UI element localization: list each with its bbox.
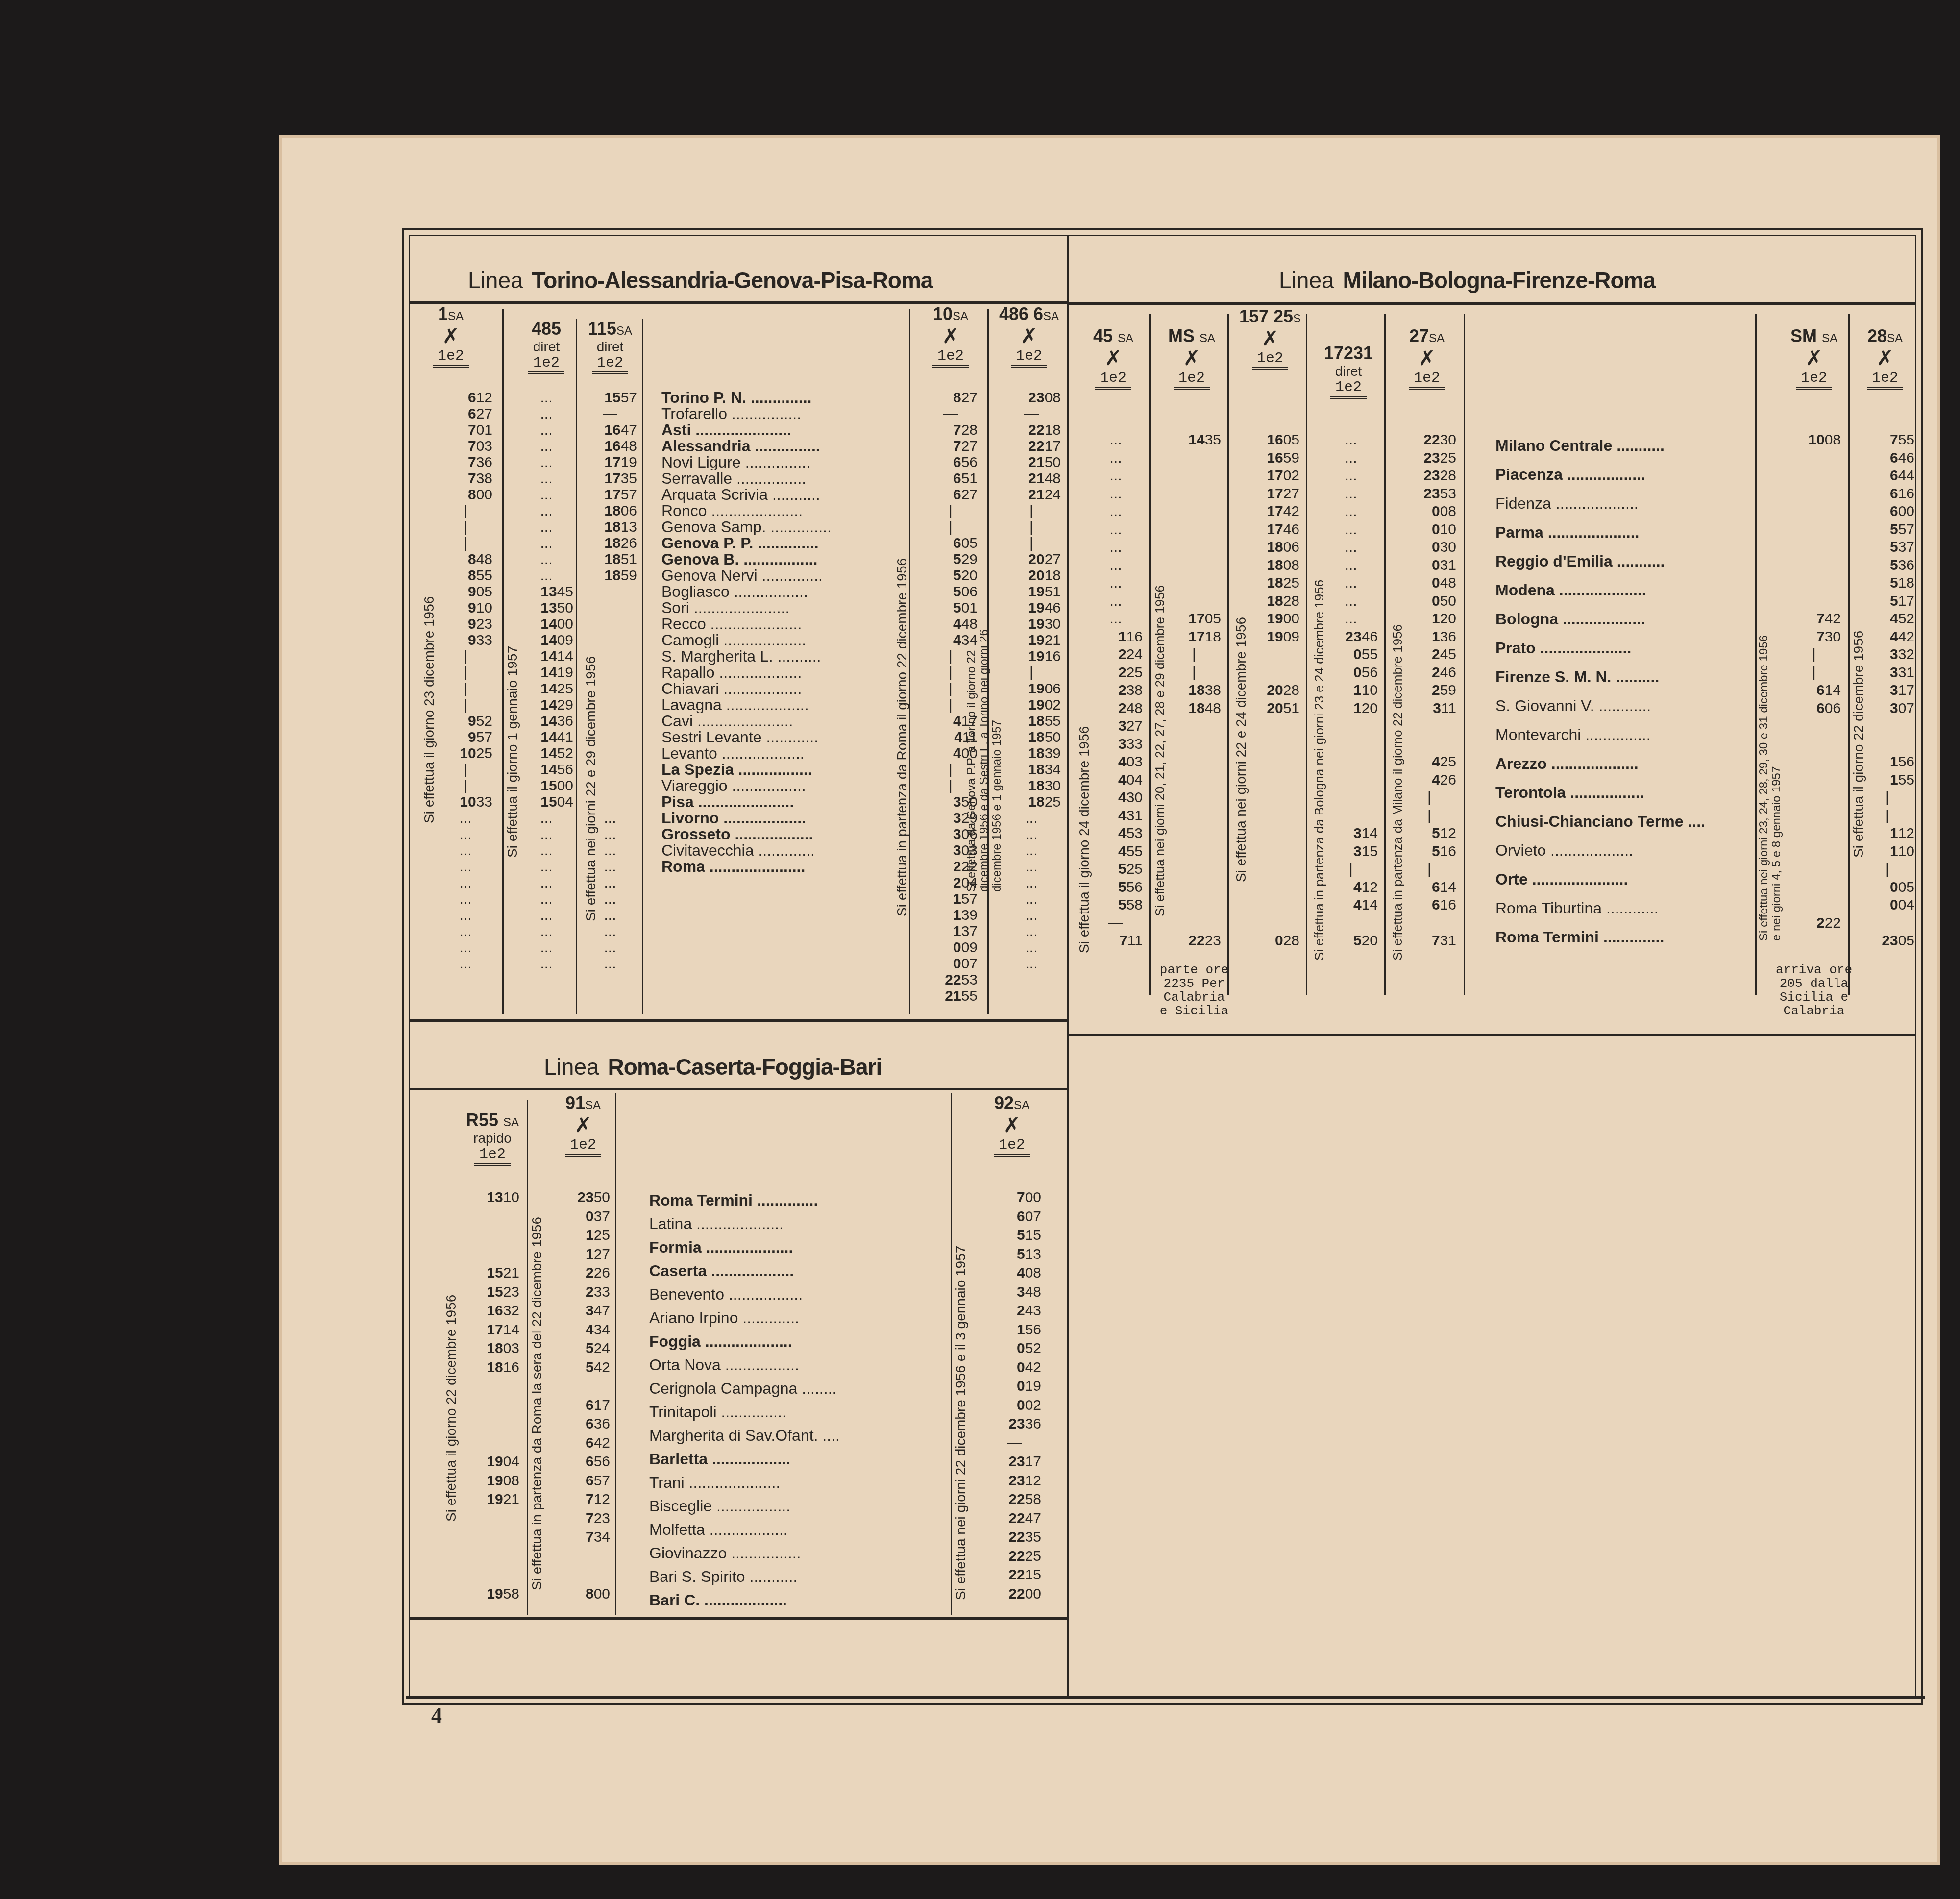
time-cell: ... [1324, 610, 1378, 628]
station-row: Genova P. P. .............. [661, 535, 857, 551]
time-cell [1167, 825, 1221, 843]
time-cell: 1850 [1002, 729, 1061, 745]
time-cell: 2258 [987, 1490, 1041, 1509]
train-class: 1e2 [994, 1137, 1030, 1157]
time-cell: 1916 [1002, 648, 1061, 665]
times-column: 1435 17051718||18381848 2223 [1167, 431, 1221, 950]
time-cell: 2325 [1402, 449, 1456, 468]
train-header: 115SA diret 1e2 [578, 319, 642, 374]
sleeping-car-icon: ✗ [1780, 346, 1848, 370]
service-note: Si effettua il giorno 22 dicembre 1956 [1851, 631, 1866, 858]
train-header: 157 25S ✗ 1e2 [1236, 306, 1304, 370]
time-cell: 1345 [519, 584, 573, 600]
time-cell: 414 [1324, 896, 1378, 914]
station-row: Barletta .................. [649, 1447, 924, 1471]
time-cell: 1719 [583, 454, 637, 470]
time-cell: 1904 [465, 1453, 519, 1472]
time-cell [1787, 861, 1841, 879]
station-row: Giovinazzo ................ [649, 1541, 924, 1565]
time-cell: 1859 [583, 567, 637, 584]
time-cell: ... [439, 842, 492, 859]
time-cell: 259 [1402, 682, 1456, 700]
time-cell: | [1167, 664, 1221, 682]
station-row: Cerignola Campagna ........ [649, 1377, 924, 1400]
roma-bari-timetable: R55 SA rapido 1e2 91SA ✗ 1e2 92SA ✗ 1e2 … [409, 1090, 1067, 1629]
time-cell: 515 [987, 1226, 1041, 1245]
time-cell: 1414 [519, 648, 573, 665]
sleeping-car-icon: ✗ [992, 324, 1066, 348]
train-class: 1e2 [932, 348, 969, 368]
station-row: Fidenza ................... [1495, 489, 1740, 518]
station-row: Levanto ................... [661, 745, 857, 762]
service-note: Si effettua nei giorni 22 e 29 dicembre … [583, 656, 599, 921]
time-cell: 2217 [1002, 438, 1061, 454]
train-class: 1e2 [1011, 348, 1047, 368]
time-cell [1167, 879, 1221, 897]
service-note: Si effettua in partenza da Roma il giorn… [894, 558, 910, 916]
time-cell: ... [439, 891, 492, 907]
title-name: Roma-Caserta-Foggia-Bari [608, 1054, 882, 1080]
time-cell: 656 [924, 454, 978, 470]
time-cell [1787, 771, 1841, 789]
station-row: Camogli ................... [661, 632, 857, 648]
time-cell: ... [1002, 891, 1061, 907]
time-cell: 1757 [583, 487, 637, 503]
time-cell [1324, 807, 1378, 825]
time-cell: | [1002, 535, 1061, 551]
time-cell: 711 [1089, 932, 1143, 950]
time-cell [465, 1509, 519, 1529]
time-cell: 542 [556, 1358, 610, 1378]
time-cell: ... [519, 470, 573, 487]
train-number: 17231 [1314, 343, 1383, 364]
time-cell: 651 [924, 470, 978, 487]
time-cell: 730 [1787, 628, 1841, 646]
time-cell [1246, 771, 1299, 789]
time-cell: — [1089, 914, 1143, 933]
time-cell: 156 [987, 1321, 1041, 1340]
time-cell: 048 [1402, 574, 1456, 592]
time-cell: 1429 [519, 697, 573, 713]
time-cell: | [439, 697, 492, 713]
time-cell: 1908 [465, 1472, 519, 1491]
time-cell: 1909 [1246, 628, 1299, 646]
service-note: Si effettua nei giorni 23, 24, 28, 29, 3… [1758, 627, 1783, 941]
station-row: Milano Centrale ........... [1495, 431, 1740, 460]
time-cell: 1930 [1002, 616, 1061, 632]
service-note: Si effettua nei giorni 20, 21, 22, 27, 2… [1152, 585, 1168, 916]
time-cell: 1735 [583, 470, 637, 487]
time-cell: ... [439, 907, 492, 923]
time-cell: 1946 [1002, 600, 1061, 616]
time-cell: 155 [1861, 771, 1914, 789]
station-row: S. Margherita L. .......... [661, 648, 857, 665]
time-cell: 005 [1861, 879, 1914, 897]
time-cell: 529 [924, 551, 978, 567]
station-row: Recco ..................... [661, 616, 857, 632]
time-cell: ... [519, 875, 573, 891]
time-cell: 1425 [519, 681, 573, 697]
time-cell [465, 1415, 519, 1434]
time-cell [583, 616, 637, 632]
station-row: Latina .................... [649, 1212, 924, 1235]
station-list: Milano Centrale ...........Piacenza ....… [1495, 431, 1740, 952]
time-cell: ... [519, 422, 573, 438]
time-cell: 1409 [519, 632, 573, 648]
time-cell: | [1002, 519, 1061, 535]
station-row: Bari C. ................... [649, 1588, 924, 1612]
train-header: 27SA ✗ 1e2 [1393, 326, 1461, 390]
time-cell: 1441 [519, 729, 573, 745]
time-cell [1787, 843, 1841, 861]
time-cell: 1419 [519, 665, 573, 681]
train-class: 1e2 [1252, 350, 1288, 370]
train-class: 1e2 [1867, 370, 1903, 390]
time-cell: 2200 [987, 1585, 1041, 1604]
time-cell [1787, 592, 1841, 611]
time-cell: | [1787, 664, 1841, 682]
station-row: Novi Ligure ............... [661, 454, 857, 470]
time-cell: 008 [1402, 503, 1456, 521]
time-cell: | [439, 681, 492, 697]
station-list: Roma Termini ..............Latina ......… [649, 1188, 924, 1612]
times-column: ....................................1345… [519, 390, 573, 972]
footer-rule [406, 1696, 1925, 1699]
station-row: Pisa ...................... [661, 794, 857, 810]
time-cell: ... [519, 810, 573, 826]
time-cell [1246, 753, 1299, 771]
station-row: Roma Termini .............. [1495, 923, 1740, 952]
time-cell: 1632 [465, 1302, 519, 1321]
time-cell [583, 632, 637, 648]
time-cell [1167, 449, 1221, 468]
train-header: 486 6SA ✗ 1e2 [992, 304, 1066, 368]
time-cell: 520 [1324, 932, 1378, 950]
time-cell [1787, 574, 1841, 592]
time-cell [465, 1208, 519, 1227]
time-cell: ... [519, 438, 573, 454]
time-cell: ... [1324, 467, 1378, 485]
time-cell: 031 [1402, 557, 1456, 575]
time-cell: ... [1002, 842, 1061, 859]
time-cell: 518 [1861, 574, 1914, 592]
time-cell: ... [439, 939, 492, 956]
time-cell: 404 [1089, 771, 1143, 789]
time-cell [465, 1528, 519, 1547]
title-lead: Linea [468, 268, 523, 293]
service-note: Si effettua nei giorni 22 e 24 dicembre … [1233, 617, 1249, 882]
time-cell: 452 [1861, 610, 1914, 628]
time-cell: 2253 [924, 972, 978, 988]
time-cell: ... [1002, 826, 1061, 842]
service-note: Si effettua il giorno 23 dicembre 1956 [421, 596, 437, 823]
time-cell: 1902 [1002, 697, 1061, 713]
train-number: MS SA [1157, 326, 1226, 346]
time-cell: 1848 [1167, 700, 1221, 718]
time-cell: 905 [439, 584, 492, 600]
time-cell: 827 [924, 390, 978, 406]
time-cell: 616 [1402, 896, 1456, 914]
time-cell: 536 [1861, 557, 1914, 575]
time-cell: ... [439, 859, 492, 875]
station-row: Chiavari .................. [661, 681, 857, 697]
time-cell: 558 [1089, 896, 1143, 914]
time-cell: ... [1324, 574, 1378, 592]
time-cell: 612 [439, 390, 492, 406]
time-cell: 412 [1324, 879, 1378, 897]
time-cell: ... [439, 956, 492, 972]
time-cell: 520 [924, 567, 978, 584]
station-row: Reggio d'Emilia ........... [1495, 547, 1740, 576]
time-cell: ... [519, 891, 573, 907]
train-number: 157 25S [1236, 306, 1304, 327]
time-cell: ... [519, 956, 573, 972]
train-header: R55 SA rapido 1e2 [458, 1110, 527, 1166]
time-cell: 701 [439, 422, 492, 438]
train-header: 10SA ✗ 1e2 [919, 304, 982, 368]
time-cell: 952 [439, 713, 492, 729]
column-rule [1464, 314, 1465, 995]
time-cell: ... [1324, 485, 1378, 503]
station-row: Molfetta .................. [649, 1518, 924, 1541]
time-cell: ... [519, 842, 573, 859]
time-cell: ... [1324, 539, 1378, 557]
time-cell: 1647 [583, 422, 637, 438]
times-column: 1008 742730||614606 222 [1787, 431, 1841, 932]
time-cell: ... [439, 875, 492, 891]
time-cell [1787, 557, 1841, 575]
time-cell: 703 [439, 438, 492, 454]
time-cell [1787, 789, 1841, 807]
time-cell: 125 [556, 1226, 610, 1245]
time-cell: 742 [1787, 610, 1841, 628]
time-cell [1246, 807, 1299, 825]
time-cell [1167, 521, 1221, 539]
service-note: Si effettua da Genova P.P. a Torino il g… [965, 608, 1004, 892]
time-cell: | [439, 503, 492, 519]
time-cell [1402, 717, 1456, 736]
time-cell: | [924, 519, 978, 535]
time-cell [1167, 736, 1221, 754]
time-cell: 120 [1324, 700, 1378, 718]
time-cell: 1851 [583, 551, 637, 567]
train-header: 17231 diret 1e2 [1314, 343, 1383, 399]
station-row: Genova Nervi .............. [661, 567, 857, 584]
time-cell: 1557 [583, 390, 637, 406]
time-cell: 506 [924, 584, 978, 600]
time-cell: ... [1324, 449, 1378, 468]
train-class: 1e2 [565, 1137, 601, 1157]
train-number: 27SA [1393, 326, 1461, 346]
time-cell [1787, 485, 1841, 503]
station-row: Roma Termini .............. [649, 1188, 924, 1212]
time-cell: 233 [556, 1283, 610, 1302]
time-cell: 1825 [1246, 574, 1299, 592]
time-cell: 525 [1089, 861, 1143, 879]
time-cell: 800 [439, 487, 492, 503]
time-cell: 009 [924, 939, 978, 956]
time-cell: 222 [1787, 914, 1841, 933]
station-row: Ronco ..................... [661, 503, 857, 519]
time-cell: 1025 [439, 745, 492, 762]
title-name: Torino-Alessandria-Genova-Pisa-Roma [532, 268, 933, 293]
time-cell: 1504 [519, 794, 573, 810]
time-cell: 734 [556, 1528, 610, 1547]
train-footnote: arriva ore 205 dalla Sicilia e Calabria [1775, 963, 1853, 1018]
time-cell: 2230 [1402, 431, 1456, 449]
time-cell: ... [1089, 574, 1143, 592]
time-cell: 453 [1089, 825, 1143, 843]
time-cell: ... [1002, 956, 1061, 972]
time-cell: 646 [1861, 449, 1914, 468]
station-row: Parma ..................... [1495, 518, 1740, 547]
times-column: 2308—22182217215021482124|||202720181951… [1002, 390, 1061, 972]
time-cell: 800 [556, 1585, 610, 1604]
time-cell [1167, 789, 1221, 807]
train-type: diret [1314, 364, 1383, 379]
time-cell: 434 [556, 1321, 610, 1340]
column-rule [615, 1093, 616, 1615]
train-class: 1e2 [1796, 370, 1832, 390]
title-lead: Linea [1279, 268, 1334, 293]
time-cell: 627 [439, 406, 492, 422]
time-cell: 317 [1861, 682, 1914, 700]
time-cell: — [924, 406, 978, 422]
station-list: Torino P. N. ..............Trofarello ..… [661, 390, 857, 875]
station-row: Terontola ................. [1495, 778, 1740, 807]
station-row: Montevarchi ............... [1495, 720, 1740, 749]
station-row: Viareggio ................. [661, 778, 857, 794]
station-row: Trofarello ................ [661, 406, 857, 422]
station-row: Bari S. Spirito ........... [649, 1565, 924, 1588]
station-row: Civitavecchia ............. [661, 842, 857, 859]
station-row: Ariano Irpino ............. [649, 1306, 924, 1330]
train-header: 1SA ✗ 1e2 [419, 304, 483, 368]
time-cell: 1008 [1787, 431, 1841, 449]
time-cell: 2317 [987, 1453, 1041, 1472]
time-cell: ... [1002, 923, 1061, 939]
time-cell: 042 [987, 1358, 1041, 1378]
time-cell: 245 [1402, 646, 1456, 664]
station-row: Firenze S. M. N. .......... [1495, 663, 1740, 691]
time-cell [1787, 449, 1841, 468]
time-cell: ... [519, 939, 573, 956]
time-cell [1246, 736, 1299, 754]
station-row: Genova B. ................. [661, 551, 857, 567]
time-cell: ... [1089, 467, 1143, 485]
time-cell: | [1002, 665, 1061, 681]
station-row: La Spezia ................. [661, 762, 857, 778]
time-cell: ... [1324, 431, 1378, 449]
time-cell [1167, 717, 1221, 736]
time-cell [465, 1226, 519, 1245]
time-cell: 731 [1402, 932, 1456, 950]
time-cell: 430 [1089, 789, 1143, 807]
time-cell: 238 [1089, 682, 1143, 700]
time-cell: 347 [556, 1302, 610, 1321]
station-row: Cavi ...................... [661, 713, 857, 729]
time-cell [556, 1566, 610, 1585]
station-row: Sori ...................... [661, 600, 857, 616]
time-cell: | [1402, 861, 1456, 879]
service-note: Si effettua in partenza da Roma la sera … [529, 1217, 545, 1590]
time-cell [1246, 861, 1299, 879]
time-cell: 644 [1861, 467, 1914, 485]
time-cell [1787, 807, 1841, 825]
time-cell: 028 [1246, 932, 1299, 950]
time-cell: ... [1089, 485, 1143, 503]
time-cell: 642 [556, 1434, 610, 1453]
time-cell: 112 [1861, 825, 1914, 843]
times-column: .................................2346055… [1324, 431, 1378, 950]
station-row: Foggia .................... [649, 1330, 924, 1353]
time-cell: 1921 [465, 1490, 519, 1509]
train-number: 115SA [578, 319, 642, 339]
time-cell: 442 [1861, 628, 1914, 646]
time-cell: 019 [987, 1377, 1041, 1396]
time-cell: | [1861, 789, 1914, 807]
time-cell: | [1324, 861, 1378, 879]
time-cell: ... [1324, 521, 1378, 539]
time-cell: 600 [1861, 503, 1914, 521]
station-row: Lavagna ................... [661, 697, 857, 713]
train-class: 1e2 [1409, 370, 1445, 390]
station-row: Arquata Scrivia ........... [661, 487, 857, 503]
time-cell: 2308 [1002, 390, 1061, 406]
time-cell: 616 [1861, 485, 1914, 503]
section-rule [409, 1617, 1067, 1620]
time-cell: | [1861, 861, 1914, 879]
column-rule [1227, 314, 1229, 995]
time-cell: 2336 [987, 1415, 1041, 1434]
train-number: SM SA [1780, 326, 1848, 346]
times-column: 1605165917021727174217461806180818251828… [1246, 431, 1299, 950]
time-cell [1167, 896, 1221, 914]
times-column: 2350037125127226233347434524542 61763664… [556, 1188, 610, 1603]
time-cell: 332 [1861, 646, 1914, 664]
time-cell: | [1861, 807, 1914, 825]
time-cell: 1521 [465, 1264, 519, 1283]
time-cell [465, 1434, 519, 1453]
time-cell: 512 [1402, 825, 1456, 843]
time-cell: 224 [1089, 646, 1143, 664]
time-cell: 933 [439, 632, 492, 648]
train-type: diret [578, 339, 642, 355]
column-rule [576, 319, 577, 1014]
time-cell [583, 584, 637, 600]
time-cell: 1452 [519, 745, 573, 762]
time-cell: 331 [1861, 664, 1914, 682]
time-cell: 139 [924, 907, 978, 923]
time-cell: 2027 [1002, 551, 1061, 567]
train-class: 1e2 [592, 355, 628, 374]
time-cell: | [439, 762, 492, 778]
time-cell: 2312 [987, 1472, 1041, 1491]
time-cell [1167, 843, 1221, 861]
time-cell: ... [519, 390, 573, 406]
time-cell: 1435 [1167, 431, 1221, 449]
column-rule [1384, 314, 1386, 995]
time-cell: 1659 [1246, 449, 1299, 468]
station-row: Grosseto .................. [661, 826, 857, 842]
time-cell [1787, 736, 1841, 754]
time-cell: 050 [1402, 592, 1456, 611]
station-row: Formia .................... [649, 1235, 924, 1259]
time-cell [465, 1566, 519, 1585]
time-cell: 657 [556, 1472, 610, 1491]
time-cell: ... [439, 810, 492, 826]
time-cell [1324, 771, 1378, 789]
